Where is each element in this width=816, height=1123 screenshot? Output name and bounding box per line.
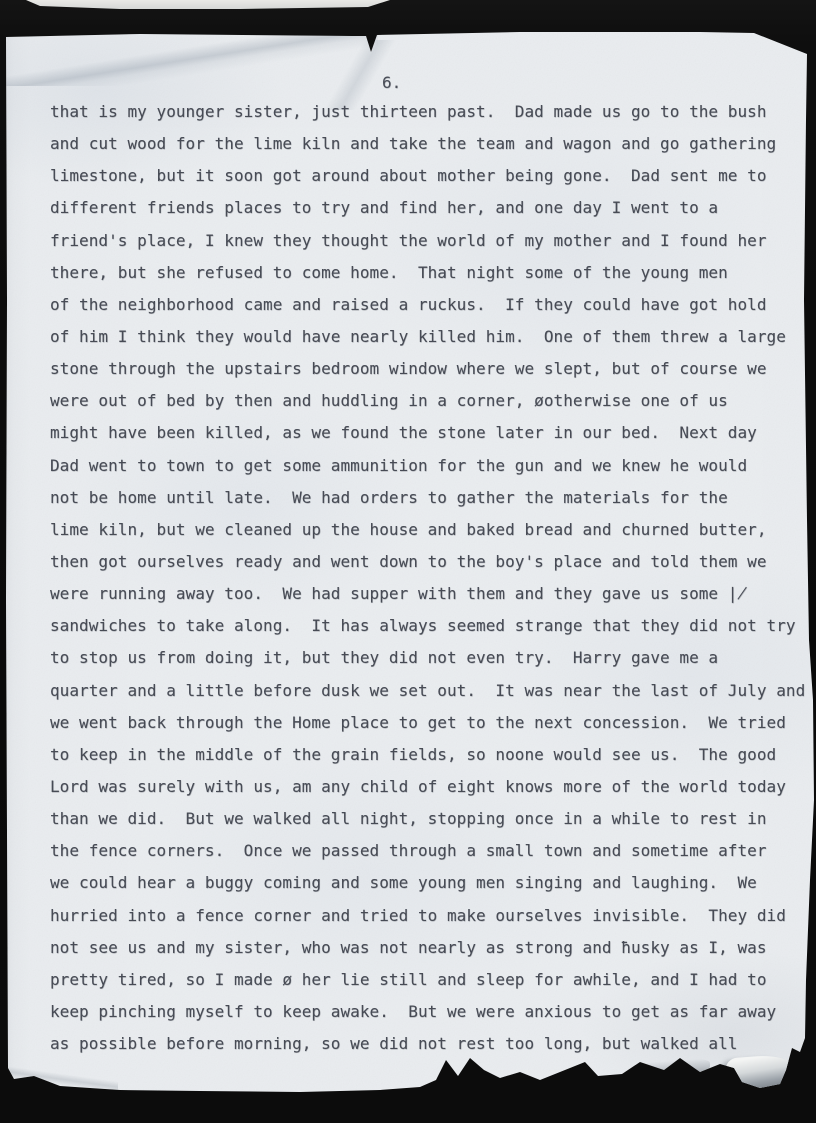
scanned-page-photo: 6. that is my younger sister, just thirt… [0,0,816,1123]
typewritten-text: that is my younger sister, just thirteen… [50,96,816,1060]
text-line: of him I think they would have nearly ki… [50,321,816,353]
text-line: lime kiln, but we cleaned up the house a… [50,514,816,546]
text-line: and cut wood for the lime kiln and take … [50,128,816,160]
text-line: then got ourselves ready and went down t… [50,546,816,578]
text-line: the fence corners. Once we passed throug… [50,835,816,867]
text-line: hurried into a fence corner and tried to… [50,900,816,932]
text-line: not be home until late. We had orders to… [50,482,816,514]
text-line: we went back through the Home place to g… [50,707,816,739]
text-line: that is my younger sister, just thirteen… [50,96,816,128]
text-line: quarter and a little before dusk we set … [50,675,816,707]
text-line: there, but she refused to come home. Tha… [50,257,816,289]
page-number: 6. [382,73,401,92]
text-line: Dad went to town to get some ammunition … [50,450,816,482]
text-line: sandwiches to take along. It has always … [50,610,816,642]
text-line: different friends places to try and find… [50,192,816,224]
paper-crease [8,1062,118,1090]
text-line: Lord was surely with us, am any child of… [50,771,816,803]
adjacent-page-edge [0,0,816,12]
text-line: we could hear a buggy coming and some yo… [50,867,816,899]
text-line: stone through the upstairs bedroom windo… [50,353,816,385]
text-line: pretty tired, so I made ø her lie still … [50,964,816,996]
text-line: friend's place, I knew they thought the … [50,225,816,257]
text-line: not see us and my sister, who was not ne… [50,932,816,964]
paper-crease [6,34,378,86]
document-page: 6. that is my younger sister, just thirt… [0,0,816,1123]
text-line: were out of bed by then and huddling in … [50,385,816,417]
text-line: as possible before morning, so we did no… [50,1028,816,1060]
text-line: might have been killed, as we found the … [50,417,816,449]
text-line: limestone, but it soon got around about … [50,160,816,192]
text-line: of the neighborhood came and raised a ru… [50,289,816,321]
text-line: keep pinching myself to keep awake. But … [50,996,816,1028]
text-line: to stop us from doing it, but they did n… [50,642,816,674]
text-line: to keep in the middle of the grain field… [50,739,816,771]
text-line: were running away too. We had supper wit… [50,578,816,610]
text-line: than we did. But we walked all night, st… [50,803,816,835]
